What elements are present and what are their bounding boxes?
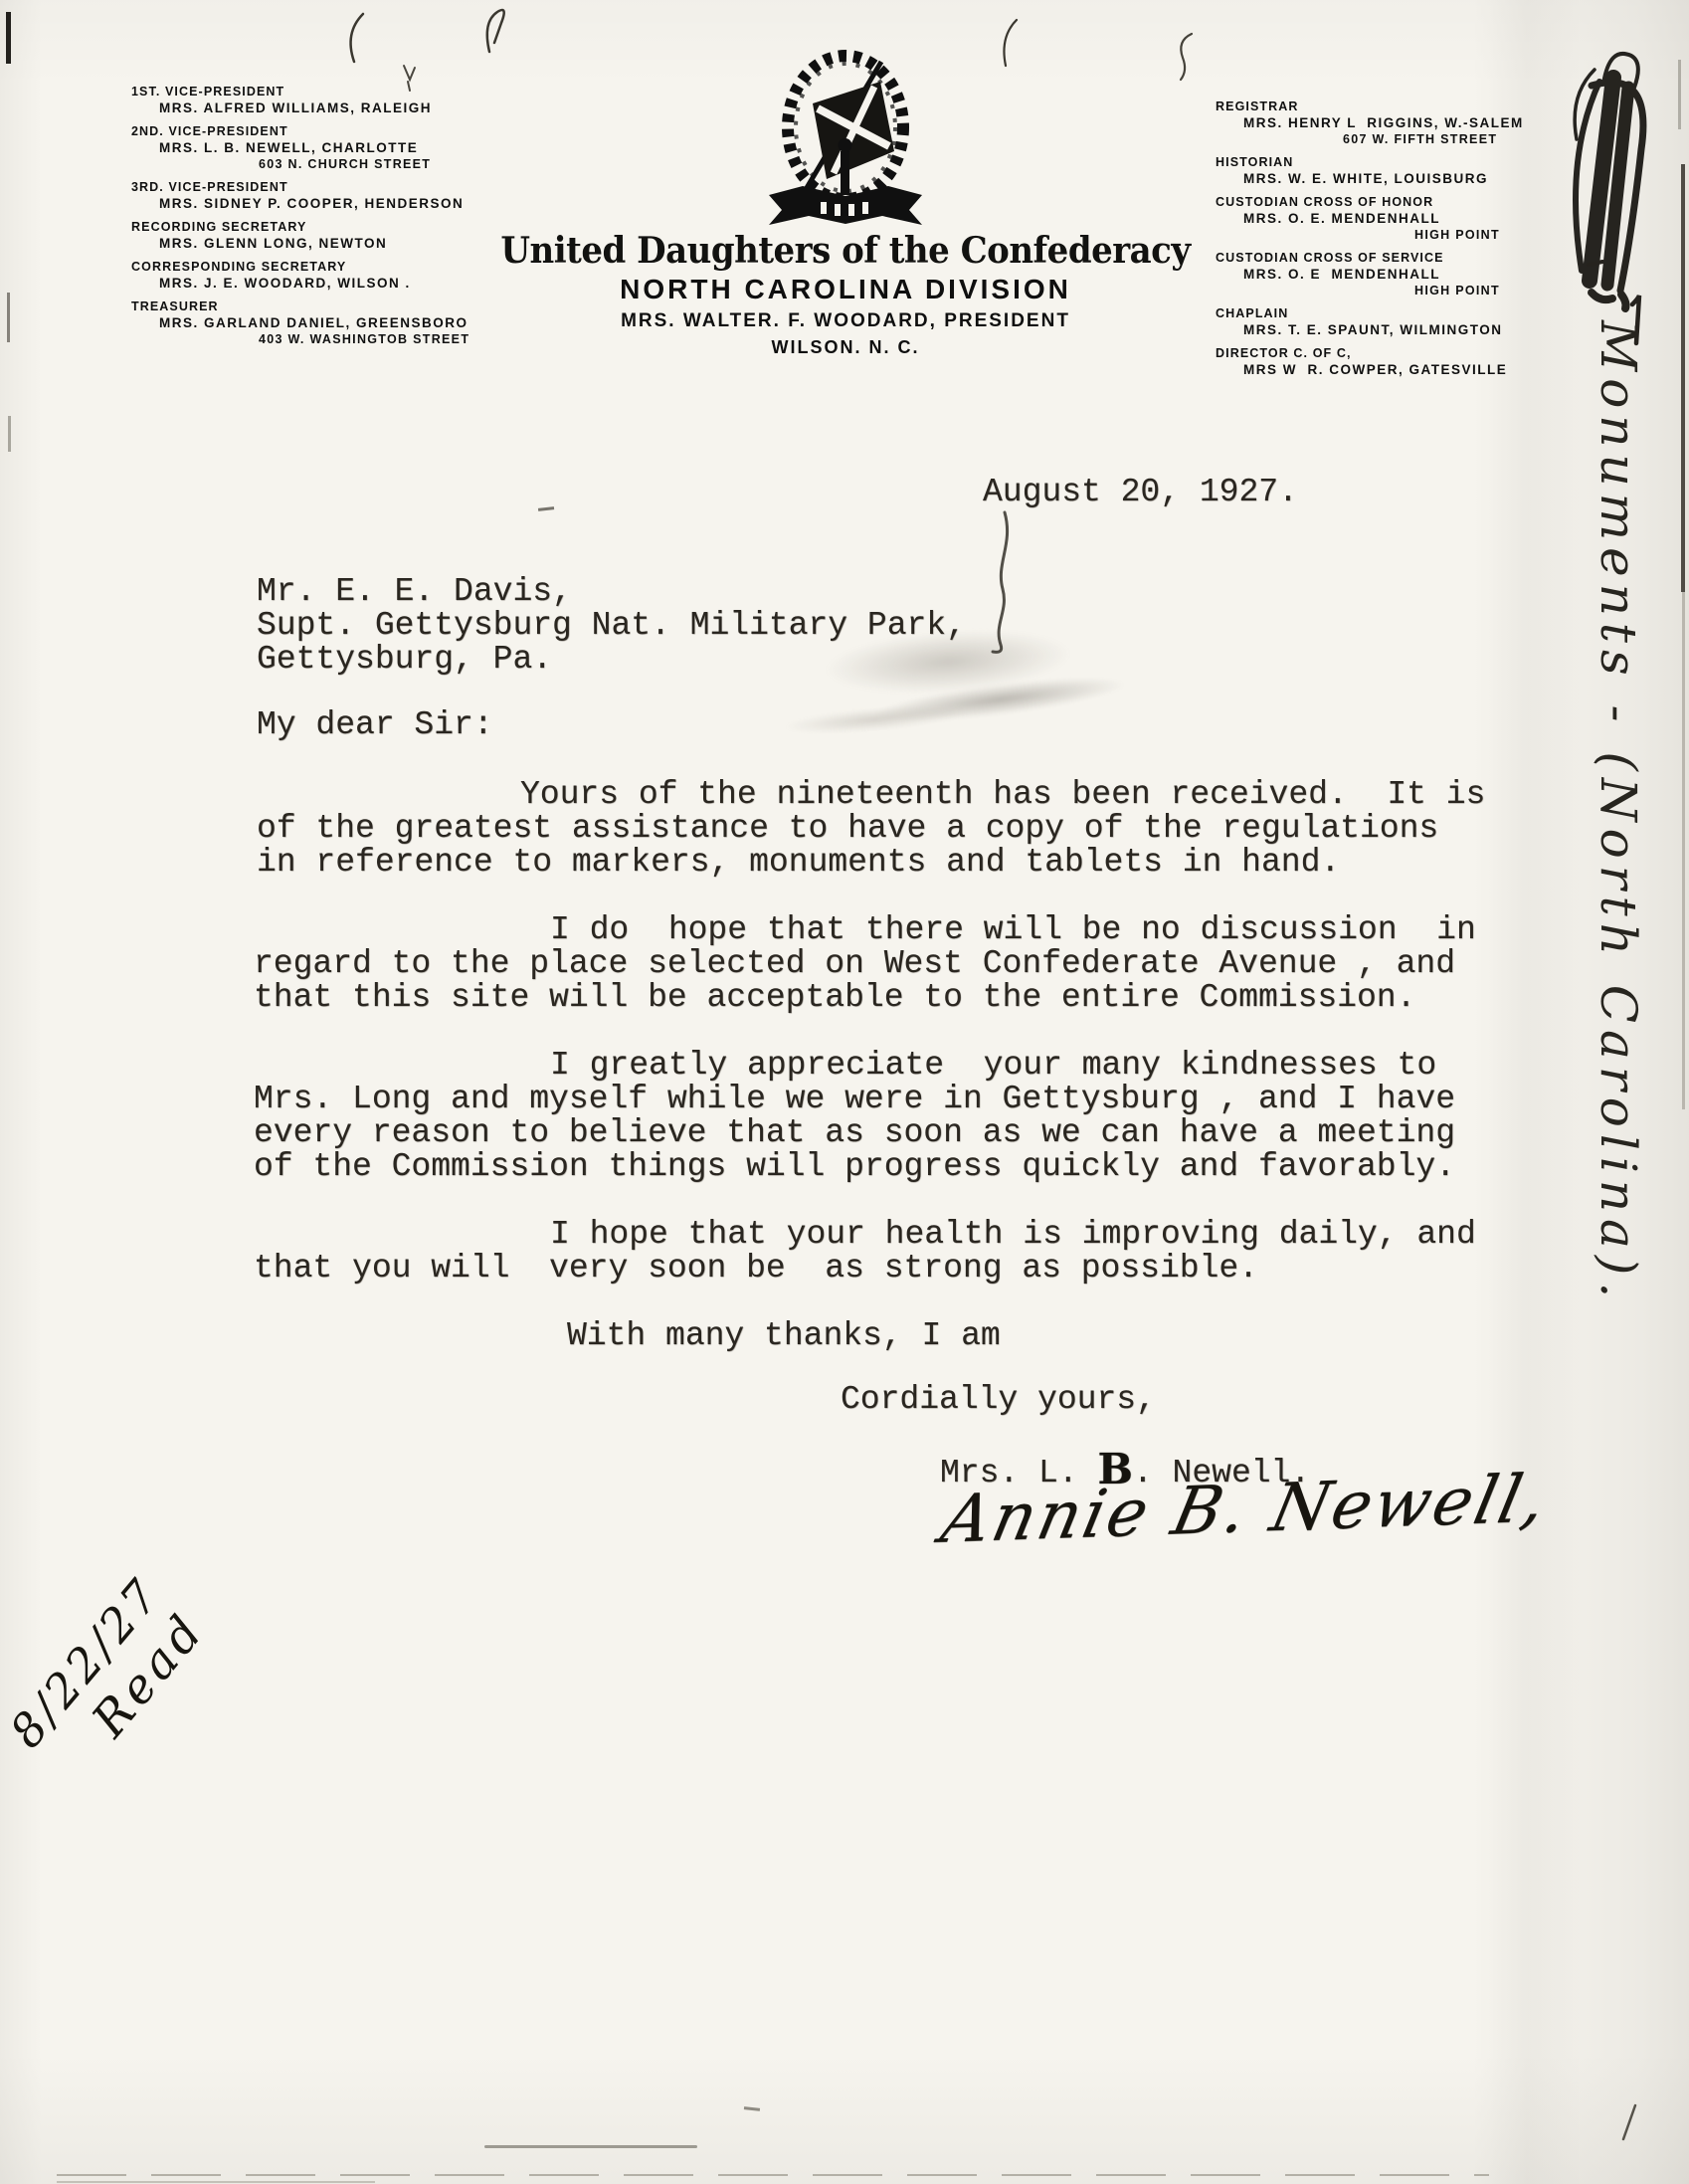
officer-address: HIGH POINT bbox=[1414, 283, 1633, 298]
officer-entry: REGISTRAR MRS. HENRY L RIGGINS, W.-SALEM… bbox=[1216, 99, 1633, 147]
date-text: August 20, 1927. bbox=[983, 476, 1298, 509]
letter-line: regard to the place selected on West Con… bbox=[254, 947, 1476, 981]
officer-title: CUSTODIAN CROSS OF HONOR bbox=[1216, 194, 1633, 210]
pencil-smudge bbox=[785, 700, 965, 738]
president-line: MRS. WALTER. F. WOODARD, PRESIDENT bbox=[468, 309, 1223, 333]
letter-line: of the Commission things will progress q… bbox=[254, 1150, 1455, 1184]
paragraph-2: I do hope that there will be no discussi… bbox=[254, 913, 1476, 1015]
closing: Cordially yours, bbox=[841, 1383, 1156, 1417]
officer-address: HIGH POINT bbox=[1414, 227, 1633, 243]
letter-line: that you will very soon be as strong as … bbox=[254, 1252, 1476, 1286]
officer-title: HISTORIAN bbox=[1216, 154, 1633, 170]
scan-line-artifact bbox=[484, 2145, 697, 2148]
officer-name: MRS. O. E. MENDENHALL bbox=[1243, 210, 1633, 227]
received-annotation: 8/22/27 Read bbox=[0, 1566, 216, 1795]
paragraph-4: I hope that your health is improving dai… bbox=[254, 1218, 1476, 1286]
paragraph-1: Yours of the nineteenth has been receive… bbox=[257, 778, 1485, 880]
officer-name: MRS. O. E MENDENHALL bbox=[1243, 266, 1633, 283]
letter-date: August 20, 1927. bbox=[983, 476, 1298, 509]
pre-closing-text: With many thanks, I am bbox=[567, 1319, 1001, 1353]
pre-closing: With many thanks, I am bbox=[567, 1319, 1001, 1353]
letter-line: that this site will be acceptable to the… bbox=[254, 981, 1476, 1015]
city-line: WILSON. N. C. bbox=[468, 336, 1223, 358]
margin-annotation: Monuments - (North Carolina). bbox=[1590, 320, 1647, 1304]
officer-name: MRS W R. COWPER, GATESVILLE bbox=[1243, 361, 1633, 378]
officer-name: MRS. HENRY L RIGGINS, W.-SALEM bbox=[1243, 114, 1633, 131]
officer-title: CUSTODIAN CROSS OF SERVICE bbox=[1216, 250, 1633, 266]
letter-line: Yours of the nineteenth has been receive… bbox=[257, 778, 1485, 812]
officer-entry: CHAPLAIN MRS. T. E. SPAUNT, WILMINGTON bbox=[1216, 305, 1633, 338]
recipient-address: Mr. E. E. Davis, Supt. Gettysburg Nat. M… bbox=[257, 575, 966, 677]
letter-line: I do hope that there will be no discussi… bbox=[254, 913, 1476, 947]
closing-text: Cordially yours, bbox=[841, 1383, 1156, 1417]
officer-entry: CUSTODIAN CROSS OF SERVICE MRS. O. E MEN… bbox=[1216, 250, 1633, 298]
officer-title: REGISTRAR bbox=[1216, 99, 1633, 114]
scanned-letter-page: 1ST. VICE-PRESIDENT MRS. ALFRED WILLIAMS… bbox=[0, 0, 1689, 2184]
scan-line-artifact bbox=[57, 2181, 375, 2183]
organization-name: United Daughters of the Confederacy bbox=[468, 229, 1223, 272]
officer-entry: HISTORIAN MRS. W. E. WHITE, LOUISBURG bbox=[1216, 154, 1633, 187]
pencil-smudge bbox=[874, 670, 1125, 729]
letter-line: every reason to believe that as soon as … bbox=[254, 1116, 1455, 1150]
letter-line: I hope that your health is improving dai… bbox=[254, 1218, 1476, 1252]
officer-entry: CUSTODIAN CROSS OF HONOR MRS. O. E. MEND… bbox=[1216, 194, 1633, 243]
address-line: Supt. Gettysburg Nat. Military Park, bbox=[257, 609, 966, 643]
paragraph-3: I greatly appreciate your many kindnesse… bbox=[254, 1049, 1455, 1184]
officer-entry: DIRECTOR C. OF C, MRS W R. COWPER, GATES… bbox=[1216, 345, 1633, 378]
salutation-text: My dear Sir: bbox=[257, 708, 493, 742]
officer-title: DIRECTOR C. OF C, bbox=[1216, 345, 1633, 361]
officer-list-right: REGISTRAR MRS. HENRY L RIGGINS, W.-SALEM… bbox=[1216, 99, 1633, 385]
address-line: Gettysburg, Pa. bbox=[257, 643, 966, 677]
letter-line: of the greatest assistance to have a cop… bbox=[257, 812, 1485, 846]
officer-name: MRS. W. E. WHITE, LOUISBURG bbox=[1243, 170, 1633, 187]
address-line: Mr. E. E. Davis, bbox=[257, 575, 966, 609]
letter-line: in reference to markers, monuments and t… bbox=[257, 846, 1485, 880]
division-name: NORTH CAROLINA DIVISION bbox=[468, 274, 1223, 305]
officer-name: MRS. T. E. SPAUNT, WILMINGTON bbox=[1243, 321, 1633, 338]
officer-address: 607 W. FIFTH STREET bbox=[1343, 131, 1633, 147]
officer-title: CHAPLAIN bbox=[1216, 305, 1633, 321]
confederate-flag-wreath-icon bbox=[751, 46, 940, 233]
salutation: My dear Sir: bbox=[257, 708, 493, 742]
letter-line: Mrs. Long and myself while we were in Ge… bbox=[254, 1083, 1455, 1116]
letter-line: I greatly appreciate your many kindnesse… bbox=[254, 1049, 1455, 1083]
scan-line-artifact bbox=[57, 2174, 1489, 2176]
letterhead-center: United Daughters of the Confederacy NORT… bbox=[468, 46, 1223, 358]
